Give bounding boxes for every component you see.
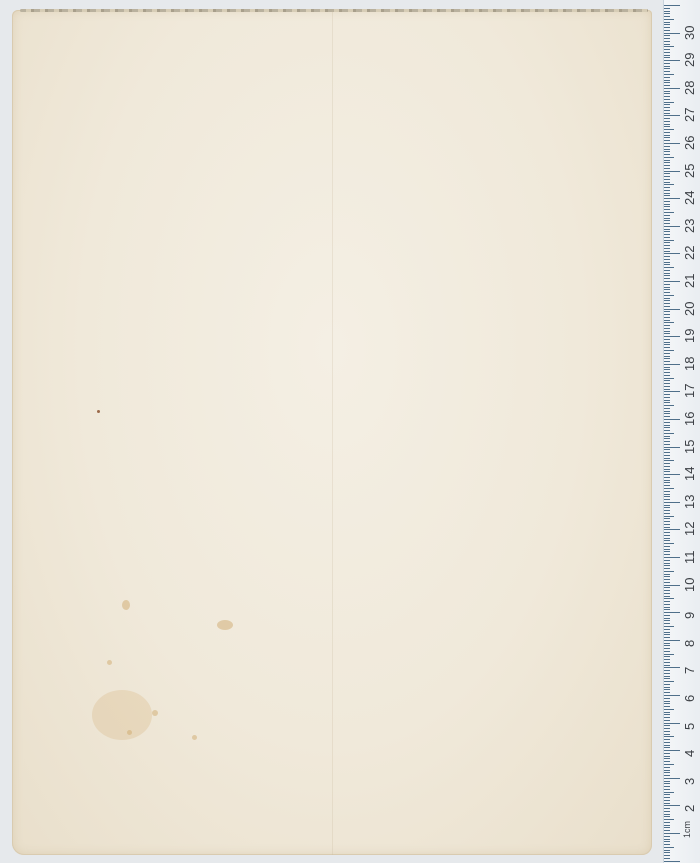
ruler-tick: [664, 518, 670, 519]
ruler-tick: [664, 714, 670, 715]
ruler-tick: [664, 135, 670, 136]
ruler-label: 20: [682, 301, 697, 315]
ruler-tick: [664, 173, 670, 174]
ruler-tick: [664, 204, 670, 205]
ruler-tick: [664, 516, 674, 517]
ruler-tick: [664, 195, 670, 196]
ruler-tick: [664, 557, 680, 558]
ruler-tick: [664, 447, 680, 448]
ruler-tick: [664, 449, 670, 450]
ruler-label: 24: [682, 191, 697, 205]
ruler-tick: [664, 430, 670, 431]
ruler-label: 2: [682, 805, 697, 812]
ruler-tick: [664, 847, 674, 848]
ruler-tick: [664, 609, 670, 610]
ruler-tick: [664, 44, 670, 45]
ruler-tick: [664, 168, 670, 169]
ruler-tick: [664, 419, 680, 420]
ruler-label: 28: [682, 80, 697, 94]
ruler-tick: [664, 93, 670, 94]
ruler-tick: [664, 378, 674, 379]
ruler-tick: [664, 60, 680, 61]
ruler-tick: [664, 96, 670, 97]
ruler-tick: [664, 850, 670, 851]
ruler-tick: [664, 455, 670, 456]
ruler-tick: [664, 659, 670, 660]
ruler-label: 27: [682, 108, 697, 122]
ruler-tick: [664, 309, 680, 310]
ruler-tick: [664, 400, 670, 401]
ruler-tick: [664, 121, 670, 122]
ruler-tick: [664, 49, 670, 50]
ruler-tick: [664, 107, 670, 108]
ruler-tick: [664, 742, 670, 743]
ruler-tick: [664, 314, 670, 315]
ruler-tick: [664, 706, 670, 707]
ruler-tick: [664, 66, 670, 67]
ruler-tick: [664, 750, 680, 751]
ruler-tick: [664, 701, 670, 702]
ruler-tick: [664, 190, 670, 191]
ruler-tick: [664, 38, 670, 39]
ruler-tick: [664, 725, 670, 726]
ruler-tick: [664, 579, 670, 580]
ruler-tick: [664, 825, 670, 826]
ruler-tick: [664, 620, 670, 621]
ruler-tick: [664, 747, 670, 748]
ruler-tick: [664, 218, 670, 219]
ruler-tick: [664, 171, 680, 172]
ruler-tick: [664, 496, 670, 497]
ruler-tick: [664, 24, 670, 25]
ruler-tick: [664, 836, 670, 837]
ruler-tick: [664, 151, 670, 152]
ruler-tick: [664, 460, 674, 461]
ruler-tick: [664, 77, 670, 78]
ruler-tick: [664, 198, 680, 199]
ruler-tick: [664, 471, 670, 472]
scanned-page: [12, 10, 652, 855]
ruler-tick: [664, 590, 670, 591]
measuring-ruler: 1cm2345678910111213141516171819202122232…: [663, 0, 700, 863]
ruler-tick: [664, 389, 670, 390]
ruler-tick: [664, 574, 670, 575]
ruler-tick: [664, 240, 674, 241]
ruler-tick: [664, 52, 670, 53]
ruler-tick: [664, 527, 670, 528]
ruler-label: 16: [682, 412, 697, 426]
ruler-tick: [664, 604, 670, 605]
ruler-tick: [664, 115, 680, 116]
ruler-tick: [664, 444, 670, 445]
ruler-tick: [664, 673, 670, 674]
ruler-tick: [664, 386, 670, 387]
ruler-tick: [664, 394, 670, 395]
ruler-unit-label: 1cm: [682, 821, 692, 838]
ruler-tick: [664, 538, 670, 539]
ruler-tick: [664, 367, 670, 368]
ruler-tick: [664, 129, 674, 130]
ruler-tick: [664, 717, 670, 718]
ruler-tick: [664, 811, 670, 812]
ruler-tick: [664, 839, 670, 840]
ruler-label: 17: [682, 384, 697, 398]
ruler-tick: [664, 469, 670, 470]
ruler-tick: [664, 182, 670, 183]
ruler-label: 15: [682, 439, 697, 453]
ruler-tick: [664, 358, 670, 359]
ruler-tick: [664, 287, 670, 288]
ruler-tick: [664, 524, 670, 525]
ruler-label: 19: [682, 329, 697, 343]
foxing-stain: [97, 410, 100, 413]
ruler-tick: [664, 543, 674, 544]
ruler-tick: [664, 720, 670, 721]
ruler-tick: [664, 775, 670, 776]
ruler-label: 4: [682, 750, 697, 757]
ruler-tick: [664, 452, 670, 453]
ruler-tick: [664, 375, 670, 376]
ruler-tick: [664, 68, 670, 69]
ruler-tick: [664, 413, 670, 414]
ruler-tick: [664, 350, 674, 351]
ruler-tick: [664, 242, 670, 243]
ruler-tick: [664, 124, 670, 125]
ruler-tick: [664, 165, 670, 166]
ruler-tick: [664, 364, 680, 365]
foxing-stain: [152, 710, 158, 716]
ruler-label: 9: [682, 612, 697, 619]
ruler-tick: [664, 665, 670, 666]
ruler-tick: [664, 33, 680, 34]
ruler-tick: [664, 648, 670, 649]
ruler-tick: [664, 482, 670, 483]
ruler-tick: [664, 827, 670, 828]
ruler-tick: [664, 132, 670, 133]
ruler-tick: [664, 273, 670, 274]
ruler-tick: [664, 513, 670, 514]
ruler-tick: [664, 11, 670, 12]
ruler-tick: [664, 494, 670, 495]
ruler-tick: [664, 640, 680, 641]
ruler-tick: [664, 284, 670, 285]
ruler-tick: [664, 149, 670, 150]
ruler-tick: [664, 576, 670, 577]
ruler-tick: [664, 626, 674, 627]
ruler-label: 13: [682, 494, 697, 508]
ruler-tick: [664, 670, 670, 671]
ruler-tick: [664, 215, 670, 216]
ruler-tick: [664, 303, 670, 304]
ruler-label: 30: [682, 25, 697, 39]
ruler-label: 10: [682, 577, 697, 591]
ruler-label: 8: [682, 640, 697, 647]
ruler-tick: [664, 262, 670, 263]
ruler-tick: [664, 654, 674, 655]
ruler-tick: [664, 231, 670, 232]
ruler-tick: [664, 637, 670, 638]
ruler-tick: [664, 298, 670, 299]
ruler-tick: [664, 546, 670, 547]
ruler-tick: [664, 689, 670, 690]
ruler-tick: [664, 488, 674, 489]
ruler-tick: [664, 57, 670, 58]
ruler-label: 3: [682, 778, 697, 785]
ruler-tick: [664, 162, 670, 163]
ruler-tick: [664, 253, 680, 254]
ruler-tick: [664, 206, 670, 207]
ruler-label: 22: [682, 246, 697, 260]
ruler-tick: [664, 485, 670, 486]
ruler-tick: [664, 758, 670, 759]
ruler-tick: [664, 223, 670, 224]
ruler-tick: [664, 651, 670, 652]
ruler-tick: [664, 104, 670, 105]
ruler-tick: [664, 306, 670, 307]
ruler-tick: [664, 676, 670, 677]
ruler-tick: [664, 140, 670, 141]
ruler-tick: [664, 656, 670, 657]
ruler-tick: [664, 565, 670, 566]
ruler-tick: [664, 184, 674, 185]
ruler-tick: [664, 756, 670, 757]
ruler-tick: [664, 328, 670, 329]
ruler-tick: [664, 540, 670, 541]
ruler-tick: [664, 402, 670, 403]
ruler-tick: [664, 425, 670, 426]
ruler-tick: [664, 781, 670, 782]
ruler-tick: [664, 74, 674, 75]
ruler-tick: [664, 466, 670, 467]
ruler-tick: [664, 391, 680, 392]
ruler-tick: [664, 99, 670, 100]
foxing-stain: [107, 660, 112, 665]
ruler-tick: [664, 612, 680, 613]
ruler-tick: [664, 55, 670, 56]
ruler-label: 11: [682, 551, 697, 565]
ruler-tick: [664, 267, 674, 268]
ruler-tick: [664, 618, 670, 619]
ruler-tick: [664, 745, 670, 746]
ruler-tick: [664, 433, 674, 434]
ruler-tick: [664, 347, 670, 348]
ruler-tick: [664, 830, 670, 831]
ruler-tick: [664, 275, 670, 276]
ruler-tick: [664, 336, 680, 337]
ruler-tick: [664, 858, 670, 859]
ruler-tick: [664, 805, 680, 806]
ruler-tick: [664, 102, 674, 103]
ruler-tick: [664, 333, 670, 334]
ruler-tick: [664, 82, 670, 83]
ruler-tick: [664, 551, 670, 552]
ruler-tick: [664, 753, 670, 754]
ruler-tick: [664, 35, 670, 36]
ruler-label: 29: [682, 53, 697, 67]
ruler-tick: [664, 480, 670, 481]
ruler-tick: [664, 416, 670, 417]
ruler-tick: [664, 463, 670, 464]
ruler-tick: [664, 126, 670, 127]
ruler-tick: [664, 13, 670, 14]
ruler-tick: [664, 331, 670, 332]
ruler-tick: [664, 438, 670, 439]
ruler-tick: [664, 723, 680, 724]
ruler-tick: [664, 803, 670, 804]
ruler-tick: [664, 764, 674, 765]
ruler-tick: [664, 281, 680, 282]
ruler-tick: [664, 154, 670, 155]
foxing-stain: [92, 690, 152, 740]
ruler-tick: [664, 270, 670, 271]
ruler-tick: [664, 339, 670, 340]
ruler-tick: [664, 27, 670, 28]
ruler-tick: [664, 529, 680, 530]
ruler-tick: [664, 692, 670, 693]
ruler-tick: [664, 22, 670, 23]
ruler-tick: [664, 344, 670, 345]
ruler-tick: [664, 731, 670, 732]
ruler-tick: [664, 292, 670, 293]
ruler-tick: [664, 772, 670, 773]
ruler-tick: [664, 146, 670, 147]
ruler-tick: [664, 383, 670, 384]
ruler-tick: [664, 113, 670, 114]
ruler-tick: [664, 422, 670, 423]
ruler-tick: [664, 587, 670, 588]
ruler-tick: [664, 819, 674, 820]
ruler-tick: [664, 264, 670, 265]
ruler-tick: [664, 300, 670, 301]
ruler-tick: [664, 157, 674, 158]
ruler-tick: [664, 585, 680, 586]
ruler-tick: [664, 684, 670, 685]
ruler-tick: [664, 736, 674, 737]
ruler-tick: [664, 41, 670, 42]
ruler-tick: [664, 792, 674, 793]
ruler-tick: [664, 678, 670, 679]
ruler-tick: [664, 441, 670, 442]
ruler-tick: [664, 179, 670, 180]
ruler-tick: [664, 814, 670, 815]
ruler-label: 7: [682, 667, 697, 674]
ruler-tick: [664, 289, 670, 290]
ruler-tick: [664, 728, 670, 729]
ruler-tick: [664, 353, 670, 354]
ruler-tick: [664, 278, 670, 279]
ruler-tick: [664, 532, 670, 533]
ruler-tick: [664, 800, 670, 801]
ruler-tick: [664, 841, 670, 842]
ruler-tick: [664, 380, 670, 381]
ruler-tick: [664, 110, 670, 111]
ruler-tick: [664, 311, 670, 312]
ruler-tick: [664, 91, 670, 92]
ruler-tick: [664, 8, 670, 9]
ruler-tick: [664, 411, 670, 412]
ruler-tick: [664, 632, 670, 633]
ruler-tick: [664, 786, 670, 787]
ruler-tick: [664, 256, 670, 257]
ruler-tick: [664, 405, 674, 406]
ruler-label: 12: [682, 522, 697, 536]
ruler-label: 26: [682, 136, 697, 150]
ruler-tick: [664, 789, 670, 790]
ruler-label: 5: [682, 722, 697, 729]
ruler-tick: [664, 596, 670, 597]
ruler-tick: [664, 234, 670, 235]
ruler-tick: [664, 361, 670, 362]
ruler-tick: [664, 816, 670, 817]
ruler-tick: [664, 582, 670, 583]
ruler-tick: [664, 229, 670, 230]
ruler-tick: [664, 521, 670, 522]
foxing-stain: [217, 620, 233, 630]
ruler-tick: [664, 703, 670, 704]
ruler-tick: [664, 695, 680, 696]
ruler-tick: [664, 634, 670, 635]
ruler-tick: [664, 80, 670, 81]
ruler-tick: [664, 712, 670, 713]
foxing-stain: [127, 730, 132, 735]
ruler-tick: [664, 681, 674, 682]
ruler-tick: [664, 783, 670, 784]
ruler-tick: [664, 176, 670, 177]
ruler-tick: [664, 505, 670, 506]
ruler-tick: [664, 16, 670, 17]
ruler-tick: [664, 474, 680, 475]
ruler-tick: [664, 220, 670, 221]
ruler-tick: [664, 510, 670, 511]
ruler-tick: [664, 325, 670, 326]
ruler-tick: [664, 408, 670, 409]
ruler-tick: [664, 491, 670, 492]
foxing-stain: [122, 600, 130, 610]
ruler-tick: [664, 201, 670, 202]
ruler-tick: [664, 808, 670, 809]
ruler-tick: [664, 372, 670, 373]
ruler-tick: [664, 535, 670, 536]
ruler-tick: [664, 369, 670, 370]
ruler-tick: [664, 571, 674, 572]
ruler-tick: [664, 643, 670, 644]
ruler-tick: [664, 193, 670, 194]
ruler-tick: [664, 46, 674, 47]
ruler-tick: [664, 259, 670, 260]
ruler-tick: [664, 761, 670, 762]
ruler-tick: [664, 687, 670, 688]
ruler-tick: [664, 317, 670, 318]
ruler-tick: [664, 615, 670, 616]
ruler-label: 23: [682, 218, 697, 232]
ruler-tick: [664, 458, 670, 459]
ruler-tick: [664, 226, 680, 227]
ruler-tick: [664, 623, 670, 624]
ruler-tick: [664, 770, 670, 771]
ruler-tick: [664, 477, 670, 478]
ruler-tick: [664, 563, 670, 564]
ruler-tick: [664, 397, 670, 398]
ruler-tick: [664, 554, 670, 555]
ruler-tick: [664, 662, 670, 663]
ruler-tick: [664, 507, 670, 508]
ruler-tick: [664, 245, 670, 246]
ruler-tick: [664, 160, 670, 161]
ruler-tick: [664, 778, 680, 779]
ruler-tick: [664, 709, 674, 710]
ruler-tick: [664, 852, 670, 853]
ruler-tick: [664, 855, 670, 856]
